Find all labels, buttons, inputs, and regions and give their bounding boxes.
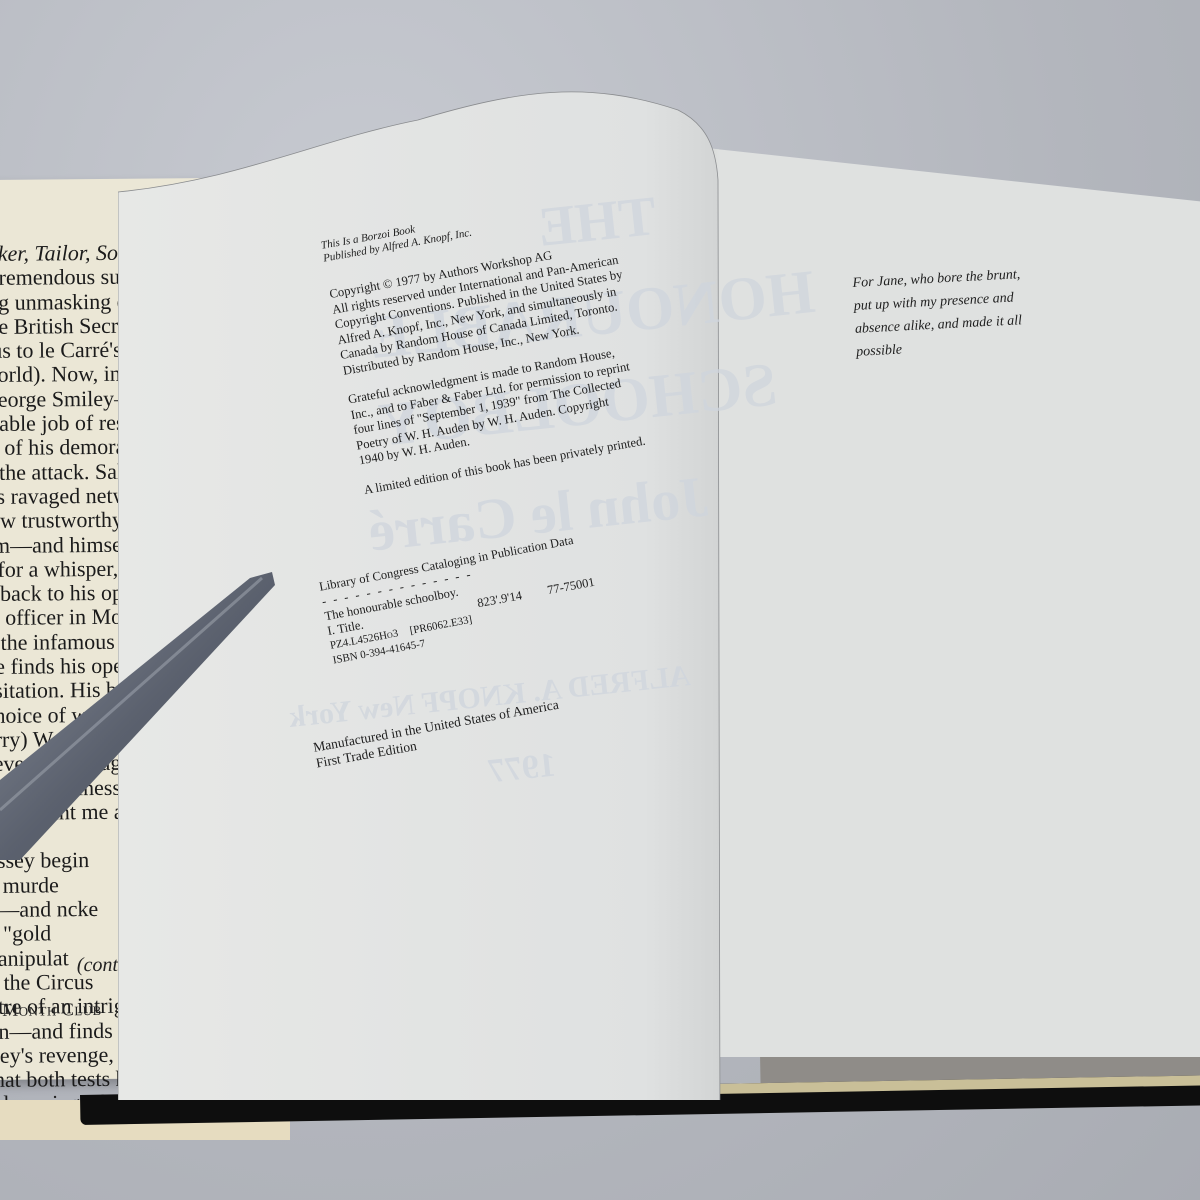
copyright-notice: This Is a Borzoi Book Published by Alfre… bbox=[320, 181, 702, 508]
dedication-text: For Jane, who bore the brunt, put up wit… bbox=[852, 260, 1077, 363]
show-through-year: 1977 bbox=[486, 747, 558, 792]
jacket-club-line: e-Month Club bbox=[0, 999, 102, 1021]
letter-opener-icon bbox=[0, 560, 290, 860]
